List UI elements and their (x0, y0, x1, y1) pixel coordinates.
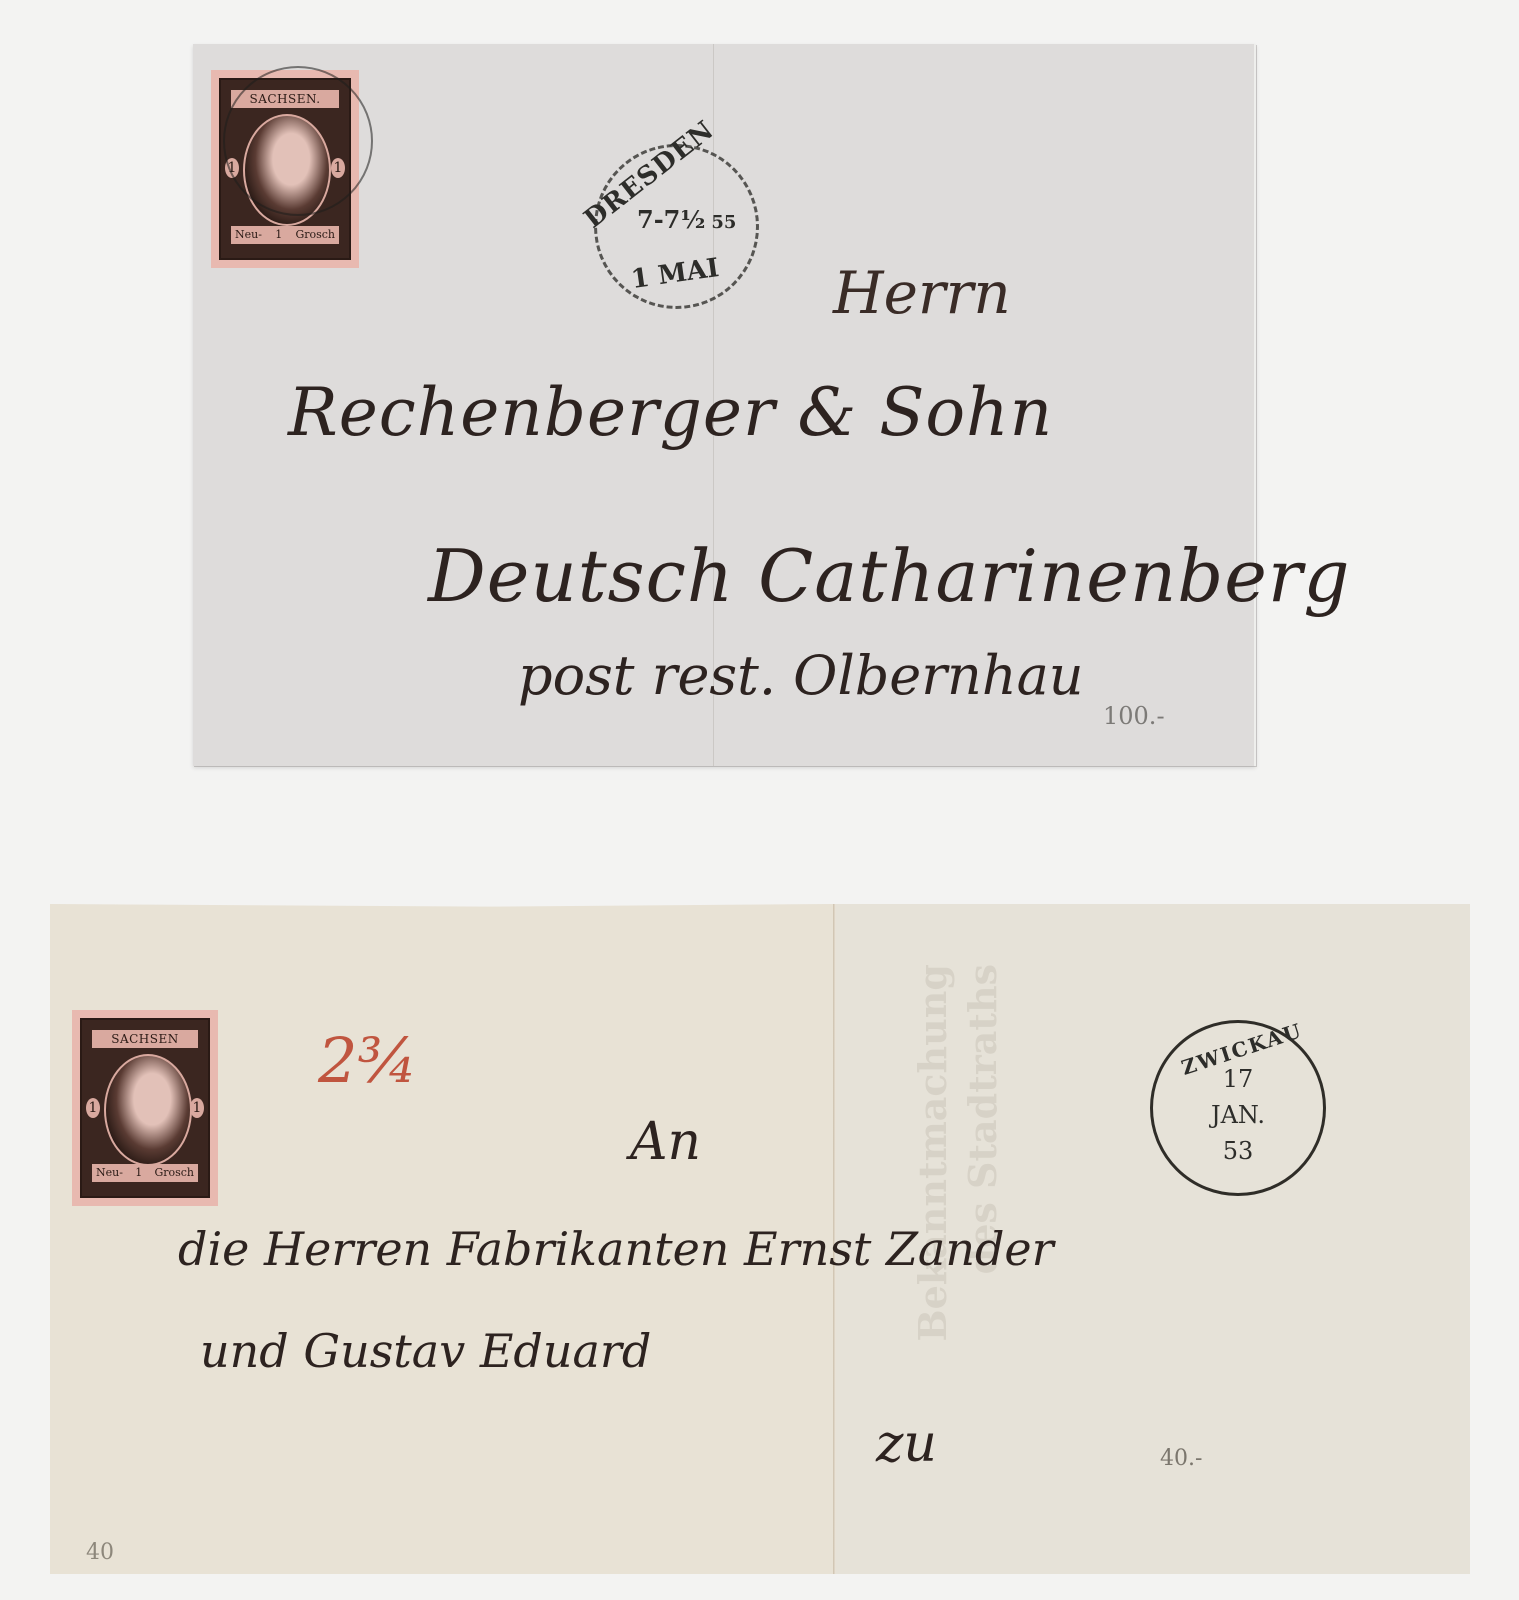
postmark-month: JAN. (1153, 1101, 1323, 1129)
king-portrait-icon (104, 1054, 192, 1166)
envelope-dresden: SACHSEN. 1 1 Neu- 1 Grosch DRESDEN 7-7½5… (193, 44, 1256, 766)
pencil-price-note: 100.- (1103, 702, 1165, 730)
postmark-zwickau: ZWICKAU 17 JAN. 53 (1150, 1020, 1326, 1196)
address-salutation: Herrn (833, 259, 1011, 327)
stamp-country: SACHSEN (92, 1030, 198, 1048)
address-line-2: Deutsch Catharinenberg (428, 534, 1350, 618)
stamp-denomination: Neu- 1 Grosch (92, 1164, 198, 1182)
pencil-corner-note: 40 (86, 1540, 114, 1565)
stamp-denomination: Neu- 1 Grosch (231, 226, 339, 244)
address-salutation: An (630, 1112, 701, 1172)
stamp-saxony-1ngr: SACHSEN 1 1 Neu- 1 Grosch (72, 1010, 218, 1206)
envelope-zwickau: Bekanntmachung des Stadtraths SACHSEN 1 … (50, 904, 1470, 1574)
cancel-ring-icon (223, 66, 373, 216)
red-crayon-rate-mark: 2¾ (318, 1024, 418, 1097)
address-line-3: post rest. Olbernhau (518, 644, 1084, 707)
postmark-time-text: 7-7½ (637, 205, 705, 234)
pencil-price-note: 40.- (1160, 1446, 1202, 1471)
address-line-3: zu (876, 1414, 937, 1474)
denomination-right: Grosch (154, 1164, 194, 1182)
stamp-value-left: 1 (86, 1098, 100, 1118)
postmark-date: 1 MAI (629, 253, 721, 295)
ghost-print-text: Bekanntmachung (910, 964, 955, 1341)
denomination-center: 1 (275, 226, 282, 244)
address-line-1: die Herren Fabrikanten Ernst Zander (178, 1222, 1054, 1276)
address-line-2: und Gustav Eduard (200, 1324, 651, 1378)
address-line-1: Rechenberger & Sohn (288, 374, 1053, 451)
postmark-dresden: DRESDEN 7-7½55 1 MAI (594, 144, 759, 309)
denomination-right: Grosch (295, 226, 335, 244)
postmark-year: 53 (1153, 1137, 1323, 1165)
postmark-year-fragment: 55 (711, 212, 736, 233)
postmark-day: 17 (1153, 1065, 1323, 1093)
stamp-value-right: 1 (190, 1098, 204, 1118)
denomination-center: 1 (135, 1164, 142, 1182)
stamp-frame: SACHSEN 1 1 Neu- 1 Grosch (80, 1018, 210, 1198)
postmark-time: 7-7½55 (637, 205, 736, 234)
denomination-left: Neu- (235, 226, 262, 244)
denomination-left: Neu- (96, 1164, 123, 1182)
